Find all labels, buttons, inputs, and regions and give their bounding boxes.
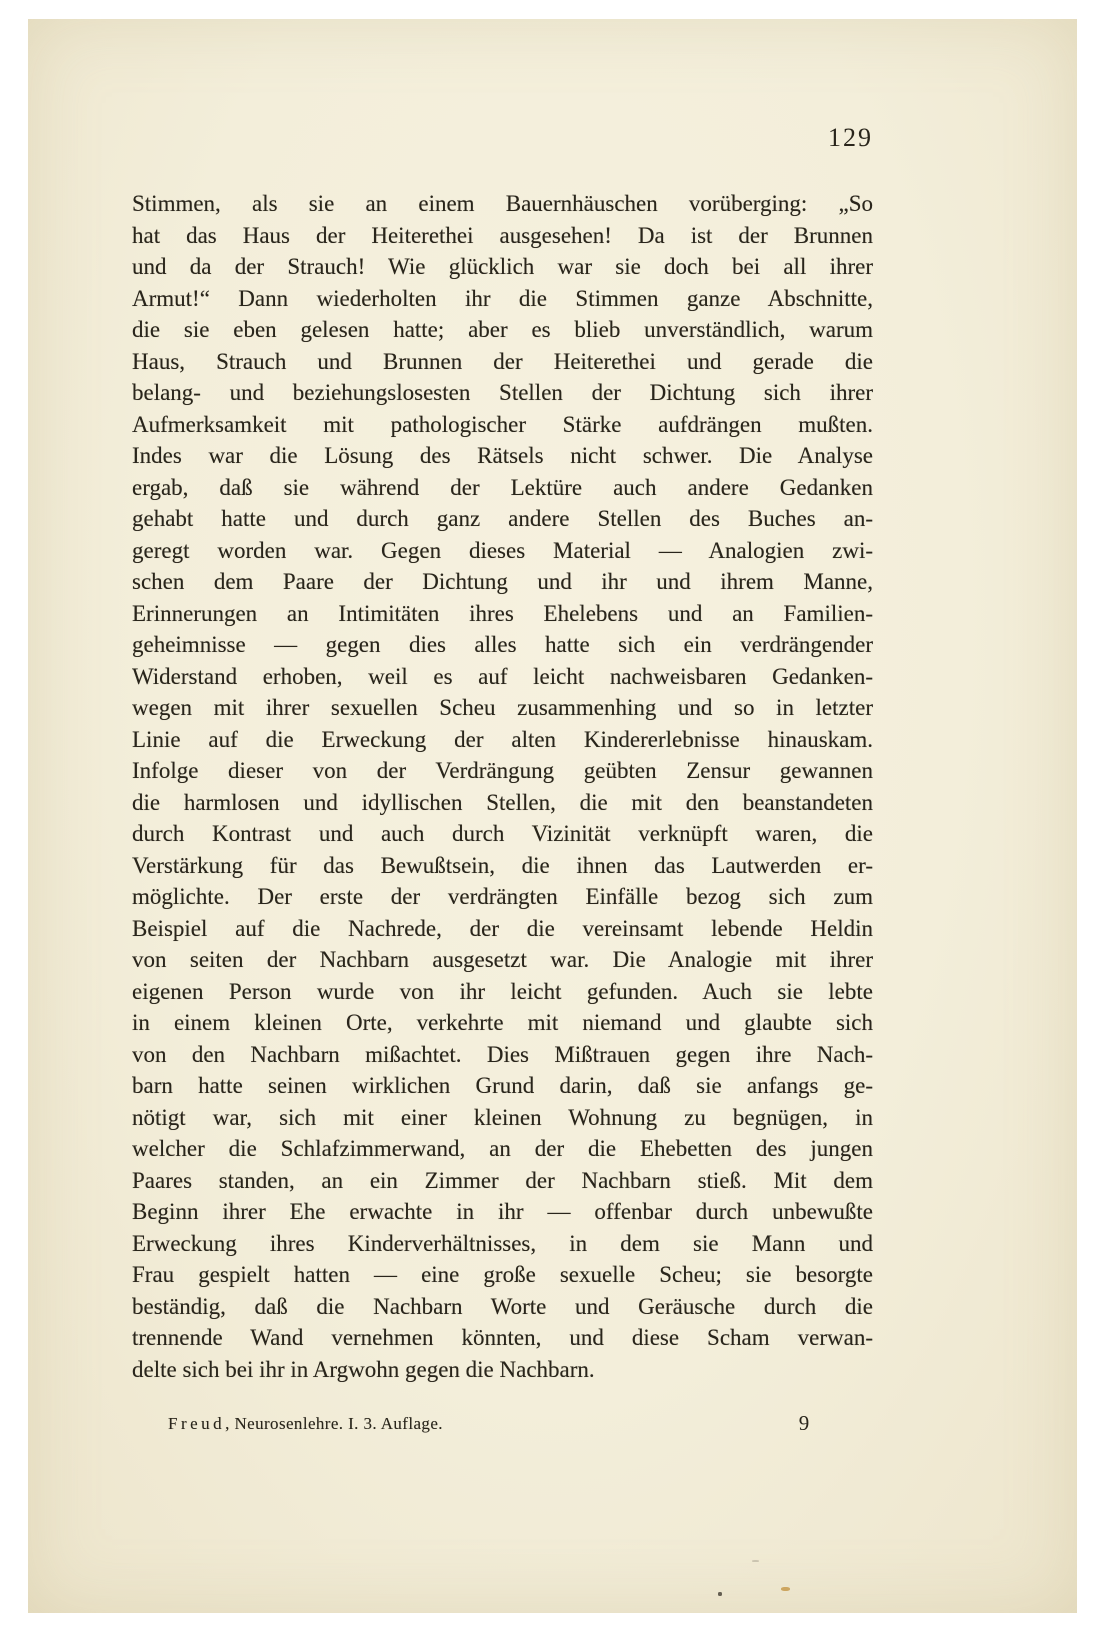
text-line: Linie auf die Erweckung der alten Kinder…	[132, 724, 873, 756]
text-line: Indes war die Lösung des Rätsels nicht s…	[132, 440, 873, 472]
text-line: Armut!“ Dann wiederholten ihr die Stimme…	[132, 283, 873, 315]
text-line: schen dem Paare der Dichtung und ihr und…	[132, 566, 873, 598]
page-number: 129	[132, 123, 873, 153]
text-line: Stimmen, als sie an einem Bauernhäuschen…	[132, 188, 873, 220]
text-line: Erinnerungen an Intimitäten ihres Eheleb…	[132, 598, 873, 630]
paper-speck	[781, 1587, 790, 1591]
paper-speck	[718, 1592, 722, 1596]
body-text: Stimmen, als sie an einem Bauernhäuschen…	[132, 188, 873, 1385]
text-line: delte sich bei ihr in Argwohn gegen die …	[132, 1354, 873, 1386]
text-line: Widerstand erhoben, weil es auf leicht n…	[132, 661, 873, 693]
text-line: nötigt war, sich mit einer kleinen Wohnu…	[132, 1102, 873, 1134]
text-line: möglichte. Der erste der verdrängten Ein…	[132, 881, 873, 913]
text-line: belang- und beziehungslosesten Stellen d…	[132, 377, 873, 409]
text-line: Infolge dieser von der Verdrängung geübt…	[132, 755, 873, 787]
book-page: 129 Stimmen, als sie an einem Bauernhäus…	[28, 19, 1077, 1613]
text-line: die harmlosen und idyllischen Stellen, d…	[132, 787, 873, 819]
imprint: Freud, Neurosenlehre. I. 3. Auflage.	[168, 1414, 443, 1434]
text-line: Beispiel auf die Nachrede, der die verei…	[132, 913, 873, 945]
text-line: Haus, Strauch und Brunnen der Heiterethe…	[132, 346, 873, 378]
text-line: eigenen Person wurde von ihr leicht gefu…	[132, 976, 873, 1008]
text-line: geheimnisse — gegen dies alles hatte sic…	[132, 629, 873, 661]
text-line: ergab, daß sie während der Lektüre auch …	[132, 472, 873, 504]
paper-speck	[752, 1560, 759, 1562]
text-line: wegen mit ihrer sexuellen Scheu zusammen…	[132, 692, 873, 724]
imprint-work: , Neurosenlehre. I. 3. Auflage.	[225, 1414, 443, 1433]
text-line: Verstärkung für das Bewußtsein, die ihne…	[132, 850, 873, 882]
text-line: gehabt hatte und durch ganz andere Stell…	[132, 503, 873, 535]
text-line: barn hatte seinen wirklichen Grund darin…	[132, 1070, 873, 1102]
text-line: die sie eben gelesen hatte; aber es blie…	[132, 314, 873, 346]
imprint-author: Freud	[168, 1414, 225, 1433]
page-footer: Freud, Neurosenlehre. I. 3. Auflage. 9	[132, 1411, 873, 1441]
text-line: durch Kontrast und auch durch Vizinität …	[132, 818, 873, 850]
text-line: und da der Strauch! Wie glücklich war si…	[132, 251, 873, 283]
text-line: Erweckung ihres Kinderverhältnisses, in …	[132, 1228, 873, 1260]
text-line: welcher die Schlafzimmerwand, an der die…	[132, 1133, 873, 1165]
text-line: Paares standen, an ein Zimmer der Nachba…	[132, 1165, 873, 1197]
text-line: von den Nachbarn mißachtet. Dies Mißtrau…	[132, 1039, 873, 1071]
text-line: trennende Wand vernehmen könnten, und di…	[132, 1322, 873, 1354]
text-line: Beginn ihrer Ehe erwachte in ihr — offen…	[132, 1196, 873, 1228]
signature-mark: 9	[789, 1411, 819, 1436]
text-line: hat das Haus der Heiterethei ausgesehen!…	[132, 220, 873, 252]
text-line: beständig, daß die Nachbarn Worte und Ge…	[132, 1291, 873, 1323]
text-line: geregt worden war. Gegen dieses Material…	[132, 535, 873, 567]
text-line: in einem kleinen Orte, verkehrte mit nie…	[132, 1007, 873, 1039]
text-line: Frau gespielt hatten — eine große sexuel…	[132, 1259, 873, 1291]
text-line: Aufmerksamkeit mit pathologischer Stärke…	[132, 409, 873, 441]
text-line: von seiten der Nachbarn ausgesetzt war. …	[132, 944, 873, 976]
